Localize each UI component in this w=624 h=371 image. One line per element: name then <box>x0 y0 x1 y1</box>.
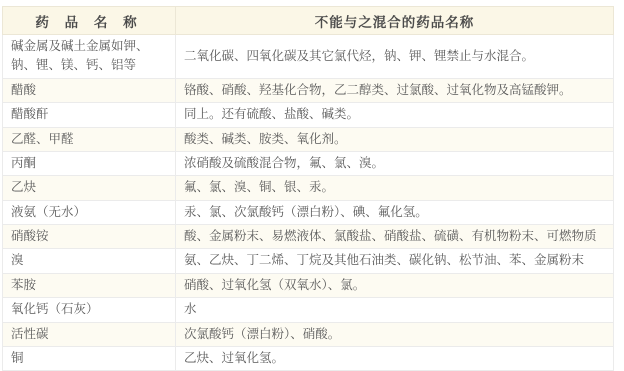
drug-name-cell: 碱金属及碱土金属如钾、钠、锂、镁、钙、铝等 <box>3 35 176 79</box>
table-row: 醋酸 铬酸、硝酸、羟基化合物，乙二醇类、过氯酸、过氧化物及高锰酸钾。 <box>3 78 614 102</box>
table-header: 药 品 名 称 不能与之混合的药品名称 <box>3 7 614 35</box>
table-body: 碱金属及碱土金属如钾、钠、锂、镁、钙、铝等 二氧化碳、四氧化碳及其它氯代烃，钠、… <box>3 35 614 367</box>
incompatible-drugs-table: 药 品 名 称 不能与之混合的药品名称 碱金属及碱土金属如钾、钠、锂、镁、钙、铝… <box>2 6 614 366</box>
drug-name-cell: 铜 <box>3 346 176 366</box>
table-row: 丙酮 浓硝酸及硫酸混合物，氟、氯、溴。 <box>3 151 614 175</box>
incompatible-cell: 氟、氯、溴、铜、银、汞。 <box>176 176 614 200</box>
drug-name-cell: 液氨（无水） <box>3 200 176 224</box>
drug-name-cell: 醋酸酐 <box>3 103 176 127</box>
drug-name-cell: 醋酸 <box>3 78 176 102</box>
table-row: 乙醛、甲醛 酸类、碱类、胺类、氧化剂。 <box>3 127 614 151</box>
table-row: 苯胺 硝酸、过氧化氢（双氧水）、氯。 <box>3 273 614 297</box>
incompatible-cell: 酸、金属粉末、易燃液体、氯酸盐、硝酸盐、硫磺、有机物粉末、可燃物质 <box>176 225 614 249</box>
drug-name-cell: 乙醛、甲醛 <box>3 127 176 151</box>
table-row: 铜 乙炔、过氧化氢。 <box>3 346 614 366</box>
incompatible-cell: 氨、乙炔、丁二烯、丁烷及其他石油类、碳化钠、松节油、苯、金属粉末 <box>176 249 614 273</box>
drug-name-cell: 乙炔 <box>3 176 176 200</box>
header-row: 药 品 名 称 不能与之混合的药品名称 <box>3 7 614 35</box>
table-row: 氧化钙（石灰） 水 <box>3 298 614 322</box>
drug-name-cell: 硝酸铵 <box>3 225 176 249</box>
header-drug-name: 药 品 名 称 <box>3 7 176 35</box>
incompatible-cell: 浓硝酸及硫酸混合物，氟、氯、溴。 <box>176 151 614 175</box>
drug-name-cell: 丙酮 <box>3 151 176 175</box>
table-row: 溴 氨、乙炔、丁二烯、丁烷及其他石油类、碳化钠、松节油、苯、金属粉末 <box>3 249 614 273</box>
drug-name-cell: 溴 <box>3 249 176 273</box>
drug-name-cell: 苯胺 <box>3 273 176 297</box>
table-row: 碱金属及碱土金属如钾、钠、锂、镁、钙、铝等 二氧化碳、四氧化碳及其它氯代烃，钠、… <box>3 35 614 79</box>
incompatible-cell: 乙炔、过氧化氢。 <box>176 346 614 366</box>
table-row: 醋酸酐 同上。还有硫酸、盐酸、碱类。 <box>3 103 614 127</box>
incompatible-cell: 水 <box>176 298 614 322</box>
drug-name-cell: 氧化钙（石灰） <box>3 298 176 322</box>
incompatible-cell: 同上。还有硫酸、盐酸、碱类。 <box>176 103 614 127</box>
header-incompatible: 不能与之混合的药品名称 <box>176 7 614 35</box>
incompatible-cell: 铬酸、硝酸、羟基化合物，乙二醇类、过氯酸、过氧化物及高锰酸钾。 <box>176 78 614 102</box>
drug-name-cell: 活性碳 <box>3 322 176 346</box>
incompatible-cell: 酸类、碱类、胺类、氧化剂。 <box>176 127 614 151</box>
incompatible-cell: 二氧化碳、四氧化碳及其它氯代烃，钠、钾、锂禁止与水混合。 <box>176 35 614 79</box>
incompatible-cell: 次氯酸钙（漂白粉）、硝酸。 <box>176 322 614 346</box>
incompatible-drugs-table-container: 药 品 名 称 不能与之混合的药品名称 碱金属及碱土金属如钾、钠、锂、镁、钙、铝… <box>2 6 614 366</box>
table-row: 液氨（无水） 汞、氯、次氯酸钙（漂白粉）、碘、氟化氢。 <box>3 200 614 224</box>
incompatible-cell: 硝酸、过氧化氢（双氧水）、氯。 <box>176 273 614 297</box>
table-row: 硝酸铵 酸、金属粉末、易燃液体、氯酸盐、硝酸盐、硫磺、有机物粉末、可燃物质 <box>3 225 614 249</box>
incompatible-cell: 汞、氯、次氯酸钙（漂白粉）、碘、氟化氢。 <box>176 200 614 224</box>
table-row: 乙炔 氟、氯、溴、铜、银、汞。 <box>3 176 614 200</box>
table-row: 活性碳 次氯酸钙（漂白粉）、硝酸。 <box>3 322 614 346</box>
